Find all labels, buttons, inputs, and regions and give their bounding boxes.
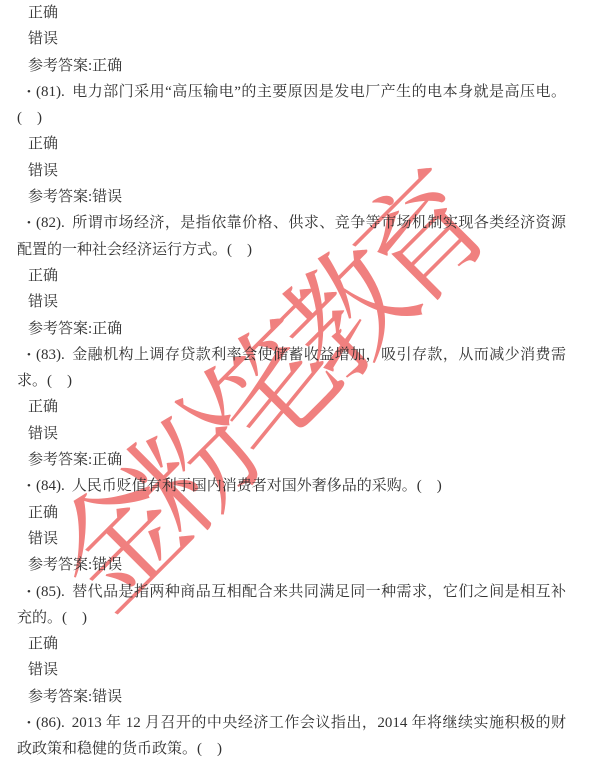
question-item-83: •(83).金融机构上调存贷款利率会使储蓄收益增加，吸引存款，从而减少消费需求。…	[0, 342, 566, 395]
bullet-icon: •	[27, 79, 36, 105]
option-wrong: 错误	[28, 26, 566, 52]
answer-label: 参考答案:	[28, 189, 92, 205]
question-text: 人民币贬值有利于国内消费者对国外奢侈品的采购。( )	[72, 478, 442, 494]
question-number: (85).	[36, 584, 65, 600]
bullet-icon: •	[27, 473, 36, 499]
document-page: 正确 错误 参考答案:正确 •(81).电力部门采用“高压输电”的主要原因是发电…	[0, 0, 592, 763]
question-item-81: •(81).电力部门采用“高压输电”的主要原因是发电厂产生的电本身就是高压电。(…	[0, 79, 566, 132]
option-wrong: 错误	[28, 657, 566, 683]
answer-value: 正确	[92, 321, 122, 337]
answer-label: 参考答案:	[28, 452, 92, 468]
question-item-86: •(86).2013 年 12 月召开的中央经济工作会议指出，2014 年将继续…	[0, 710, 566, 763]
option-wrong: 错误	[28, 526, 566, 552]
option-wrong: 错误	[28, 158, 566, 184]
answer-value: 错误	[92, 189, 122, 205]
question-item-85: •(85).替代品是指两种商品互相配合来共同满足同一种需求，它们之间是相互补充的…	[0, 579, 566, 632]
answer-value: 错误	[92, 689, 122, 705]
reference-answer: 参考答案:错误	[28, 684, 566, 710]
answer-value: 正确	[92, 58, 122, 74]
question-number: (82).	[36, 215, 65, 231]
option-wrong: 错误	[28, 421, 566, 447]
answer-value: 正确	[92, 452, 122, 468]
question-text: 所谓市场经济，是指依靠价格、供求、竞争等市场机制实现各类经济资源配置的一种社会经…	[17, 215, 566, 257]
answer-label: 参考答案:	[28, 321, 92, 337]
option-correct: 正确	[28, 263, 566, 289]
answer-label: 参考答案:	[28, 58, 92, 74]
reference-answer: 参考答案:正确	[28, 447, 566, 473]
question-item-82: •(82).所谓市场经济，是指依靠价格、供求、竞争等市场机制实现各类经济资源配置…	[0, 210, 566, 263]
option-correct: 正确	[28, 631, 566, 657]
option-wrong: 错误	[28, 289, 566, 315]
bullet-icon: •	[27, 342, 36, 368]
question-text: 替代品是指两种商品互相配合来共同满足同一种需求，它们之间是相互补充的。( )	[17, 584, 566, 626]
reference-answer: 参考答案:正确	[28, 316, 566, 342]
reference-answer: 参考答案:错误	[28, 184, 566, 210]
question-text: 金融机构上调存贷款利率会使储蓄收益增加，吸引存款，从而减少消费需求。( )	[17, 347, 566, 389]
question-number: (86).	[36, 715, 65, 731]
option-correct: 正确	[28, 394, 566, 420]
option-correct: 正确	[28, 0, 566, 26]
question-number: (83).	[36, 347, 65, 363]
bullet-icon: •	[27, 579, 36, 605]
question-number: (81).	[36, 84, 65, 100]
option-correct: 正确	[28, 131, 566, 157]
question-text: 2013 年 12 月召开的中央经济工作会议指出，2014 年将继续实施积极的财…	[17, 715, 566, 757]
answer-label: 参考答案:	[28, 689, 92, 705]
answer-value: 错误	[92, 557, 122, 573]
reference-answer: 参考答案:正确	[28, 53, 566, 79]
question-text: 电力部门采用“高压输电”的主要原因是发电厂产生的电本身就是高压电。( )	[17, 84, 566, 126]
question-item-84: •(84).人民币贬值有利于国内消费者对国外奢侈品的采购。( )	[0, 473, 566, 499]
reference-answer: 参考答案:错误	[28, 552, 566, 578]
bullet-icon: •	[27, 710, 36, 736]
option-correct: 正确	[28, 500, 566, 526]
answer-label: 参考答案:	[28, 557, 92, 573]
question-number: (84).	[36, 478, 65, 494]
bullet-icon: •	[27, 210, 36, 236]
